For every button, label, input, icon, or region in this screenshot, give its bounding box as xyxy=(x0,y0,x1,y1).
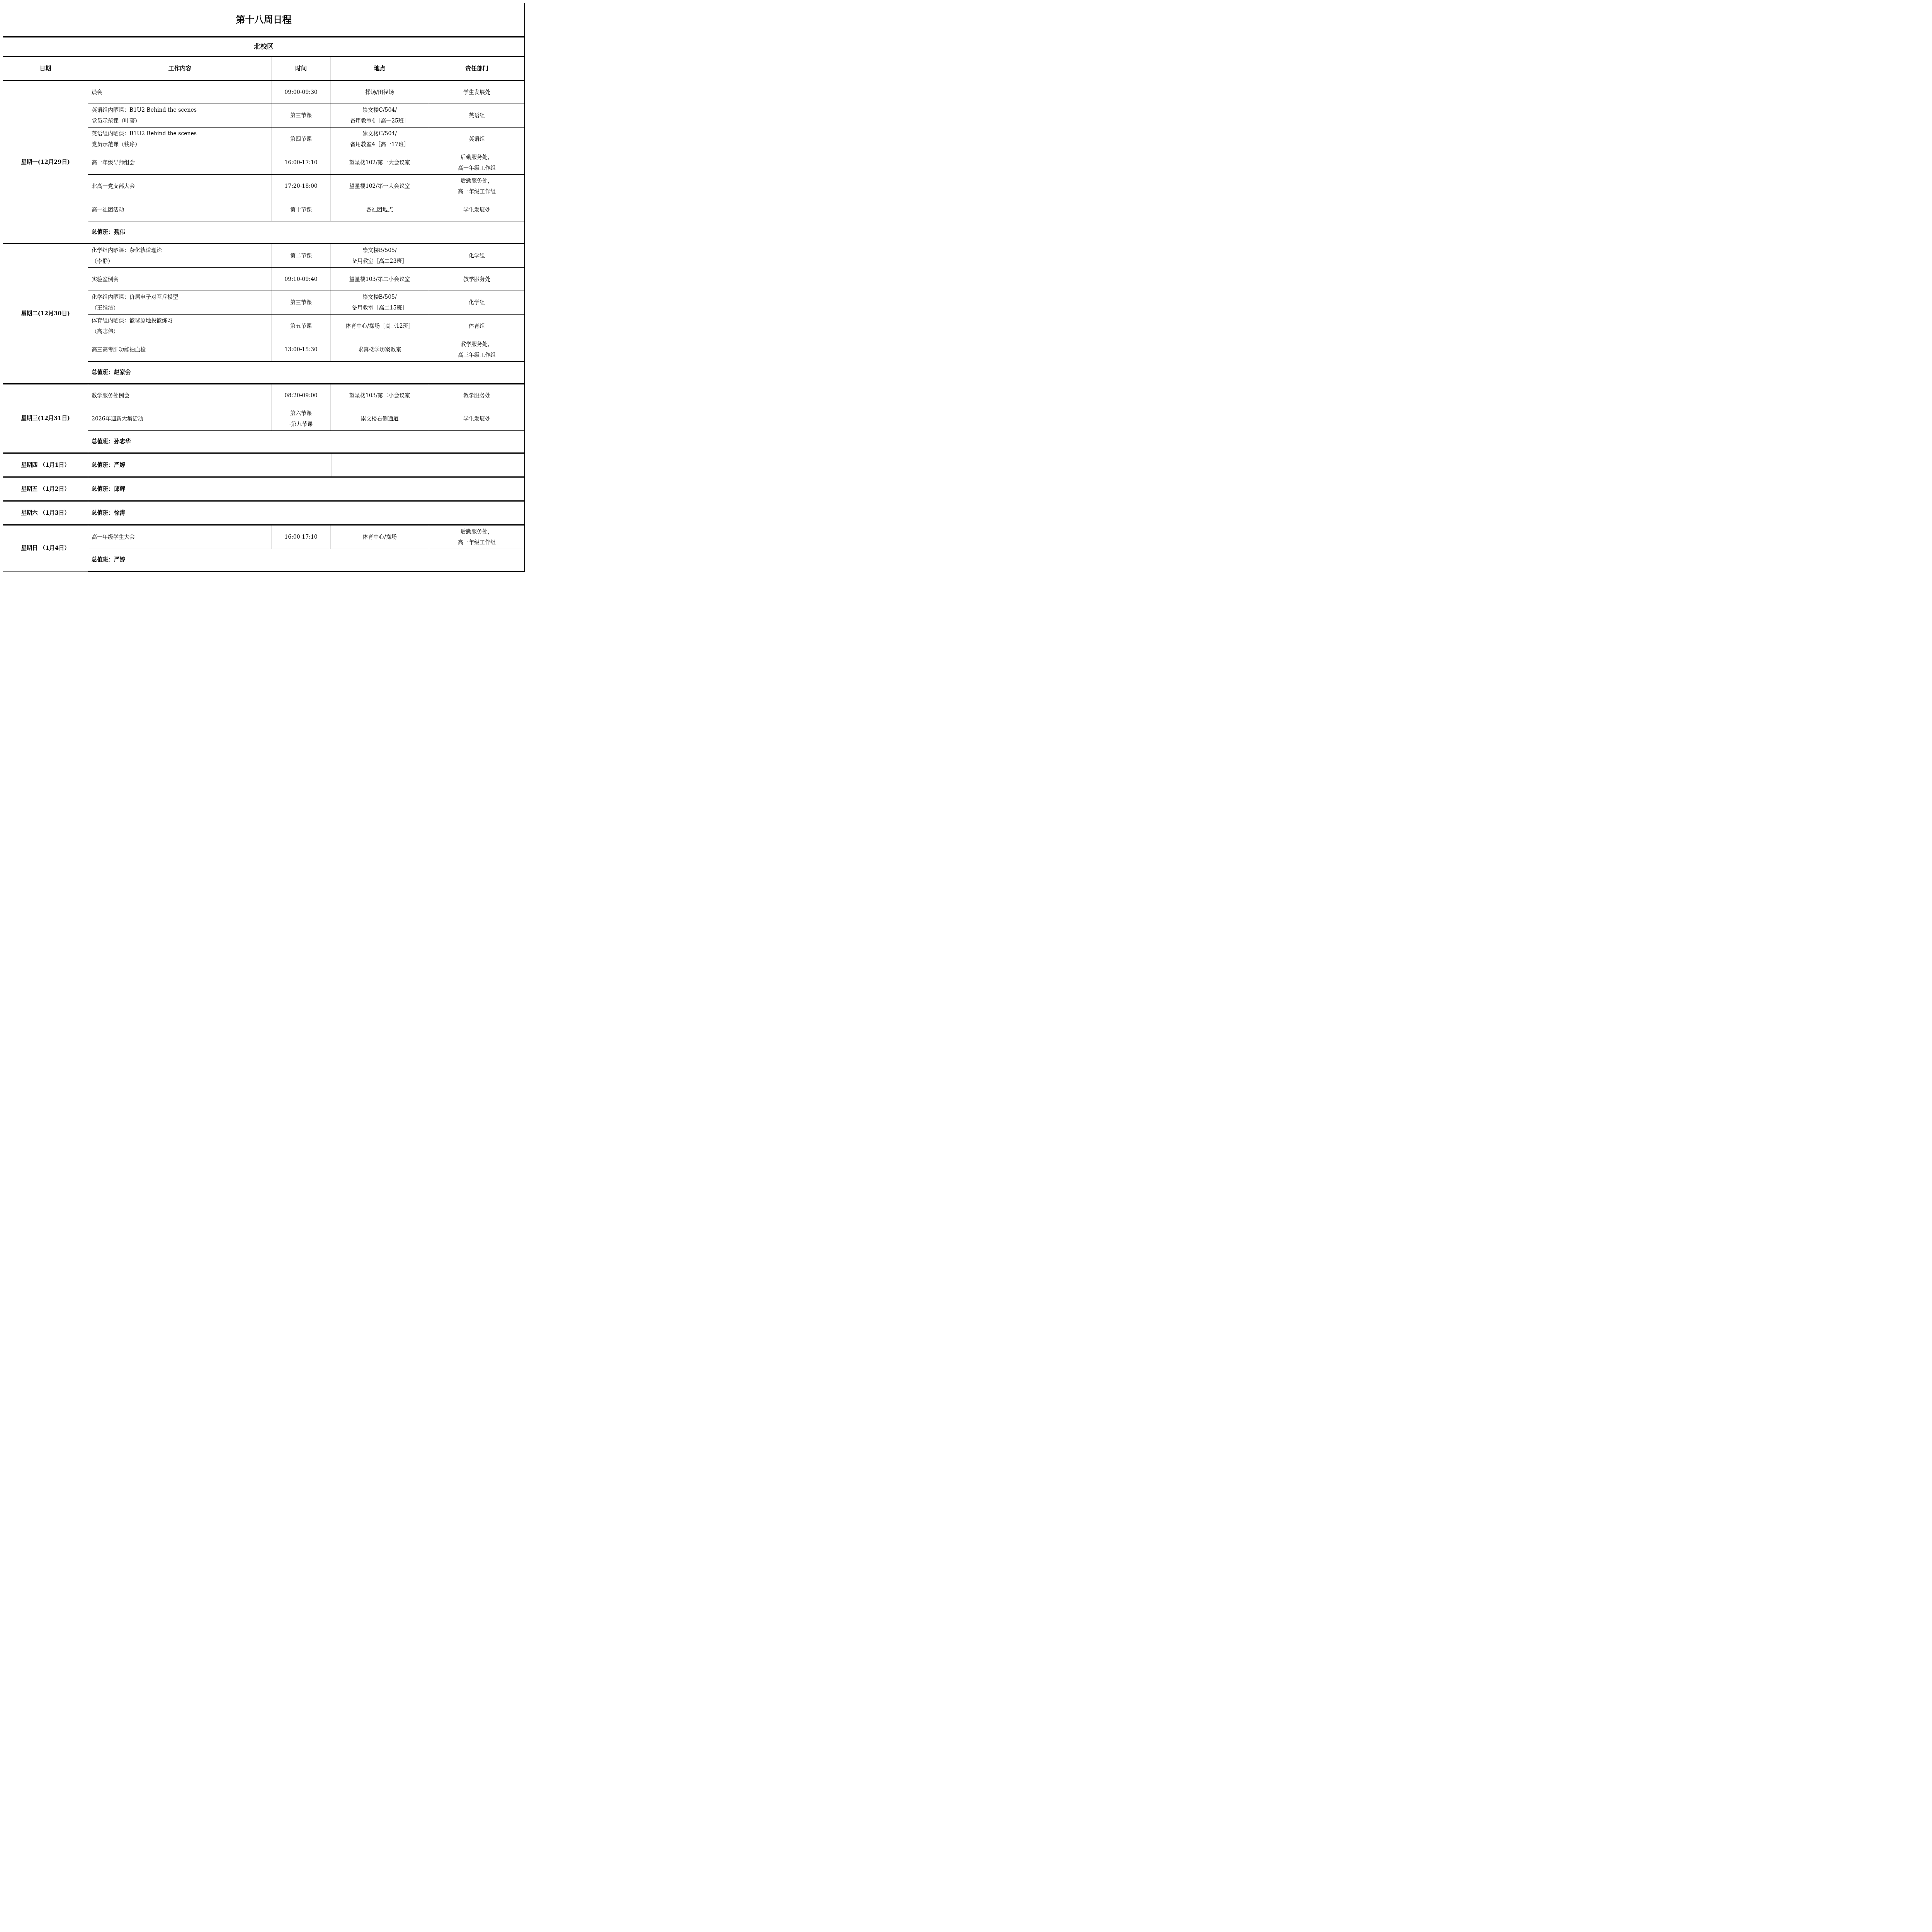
text-line: 第六节课 xyxy=(274,408,328,419)
activity-time-cell: 16:00-17:10 xyxy=(272,525,330,549)
activity-department-cell: 学生发展处 xyxy=(429,81,525,104)
text-line: 16:00-17:10 xyxy=(274,532,328,543)
day-date-cell: 星期四 （1月1日） xyxy=(3,453,88,477)
column-header-date: 日期 xyxy=(3,57,88,81)
activity-content-cell: 高一年级导师组会 xyxy=(88,151,272,175)
text-line: （高志伟） xyxy=(92,326,269,337)
duty-row: 星期五 （1月2日）总值班：邱辉 xyxy=(3,477,525,501)
column-header-content: 工作内容 xyxy=(88,57,272,81)
activity-row: 星期二(12月30日)化学组内晒课：杂化轨道理论（李静）第二节课崇文楼B/505… xyxy=(3,244,525,268)
text-line: 09:10-09:40 xyxy=(274,274,328,285)
column-header-department: 责任部门 xyxy=(429,57,525,81)
text-line: 高一年级工作组 xyxy=(432,186,522,197)
page-title: 第十八周日程 xyxy=(3,3,525,37)
text-line: 学生发展处 xyxy=(432,87,522,98)
activity-department-cell: 教学服务处 xyxy=(429,384,525,407)
text-line: 高一年级导师组会 xyxy=(92,157,269,168)
text-line: 各社团地点 xyxy=(333,204,427,215)
activity-time-cell: 第五节课 xyxy=(272,315,330,338)
duty-cell: 总值班：邱辉 xyxy=(88,477,525,501)
text-line: 望星楼102/第一大会议室 xyxy=(333,181,427,192)
text-line: 16:00-17:10 xyxy=(274,157,328,168)
column-header-time: 时间 xyxy=(272,57,330,81)
text-line: 晨会 xyxy=(92,87,269,98)
activity-location-cell: 各社团地点 xyxy=(330,198,429,221)
text-line: 后勤服务处， xyxy=(432,526,522,537)
text-line: 高三年级工作组 xyxy=(432,350,522,361)
activity-time-cell: 第三节课 xyxy=(272,104,330,128)
activity-location-cell: 求真楼学历案教室 xyxy=(330,338,429,362)
activity-location-cell: 崇文楼B/505/备用教室［高二23班］ xyxy=(330,244,429,268)
text-line: （王维洁） xyxy=(92,303,269,313)
text-line: 体育中心/操场［高三12班］ xyxy=(333,321,427,332)
text-line: 教学服务处例会 xyxy=(92,390,269,401)
activity-row: 星期三(12月31日)教学服务处例会08:20-09:00望星楼103/第二小会… xyxy=(3,384,525,407)
text-line: 党员示范课（叶菁） xyxy=(92,116,269,126)
text-line: 英语组内晒课：B1U2 Behind the scenes xyxy=(92,128,269,139)
activity-department-cell: 后勤服务处，高一年级工作组 xyxy=(429,525,525,549)
activity-location-cell: 望星楼102/第一大会议室 xyxy=(330,151,429,175)
activity-content-cell: 北高一党支部大会 xyxy=(88,175,272,198)
text-line: 高一年级工作组 xyxy=(432,163,522,173)
text-line: 高一年级工作组 xyxy=(432,537,522,548)
activity-department-cell: 化学组 xyxy=(429,244,525,268)
text-line: 高一社团活动 xyxy=(92,204,269,215)
text-line: 英语组 xyxy=(432,134,522,145)
text-line: 党员示范课（钱琤） xyxy=(92,139,269,150)
text-line: 后勤服务处， xyxy=(432,175,522,186)
activity-time-cell: 09:00-09:30 xyxy=(272,81,330,104)
activity-content-cell: 教学服务处例会 xyxy=(88,384,272,407)
text-line: 17:20-18:00 xyxy=(274,181,328,192)
text-line: 英语组 xyxy=(432,110,522,121)
activity-time-cell: 08:20-09:00 xyxy=(272,384,330,407)
duty-cell: 总值班：徐涛 xyxy=(88,501,525,525)
day-date-cell: 星期日 （1月4日） xyxy=(3,525,88,571)
activity-content-cell: 2026年迎新大集活动 xyxy=(88,407,272,431)
activity-time-cell: 16:00-17:10 xyxy=(272,151,330,175)
text-line: 崇文楼B/505/ xyxy=(333,245,427,256)
text-line: 08:20-09:00 xyxy=(274,390,328,401)
activity-location-cell: 崇文楼B/505/备用教室［高二15班］ xyxy=(330,291,429,315)
text-line: 备用教室4［高一17班］ xyxy=(333,139,427,150)
duty-row: 星期四 （1月1日）总值班：严婷 xyxy=(3,453,525,477)
activity-content-cell: 高三高考肝功能抽血检 xyxy=(88,338,272,362)
text-line: 操场/田径场 xyxy=(333,87,427,98)
text-line: 高三高考肝功能抽血检 xyxy=(92,344,269,355)
text-line: 第三节课 xyxy=(274,297,328,308)
activity-row: 星期一(12月29日)晨会09:00-09:30操场/田径场学生发展处 xyxy=(3,81,525,104)
activity-content-cell: 英语组内晒课：B1U2 Behind the scenes党员示范课（叶菁） xyxy=(88,104,272,128)
activity-time-cell: 第六节课-第九节课 xyxy=(272,407,330,431)
text-line: 英语组内晒课：B1U2 Behind the scenes xyxy=(92,105,269,116)
activity-time-cell: 第二节课 xyxy=(272,244,330,268)
text-line: 教学服务处， xyxy=(432,339,522,350)
activity-time-cell: 09:10-09:40 xyxy=(272,268,330,291)
text-line: 2026年迎新大集活动 xyxy=(92,413,269,424)
activity-time-cell: 17:20-18:00 xyxy=(272,175,330,198)
campus-header: 北校区 xyxy=(3,37,525,57)
duty-cell: 总值班：魏伟 xyxy=(88,221,525,244)
text-line: 学生发展处 xyxy=(432,204,522,215)
activity-location-cell: 体育中心/操场 xyxy=(330,525,429,549)
duty-cell: 总值班：严婷 xyxy=(88,549,525,571)
activity-department-cell: 英语组 xyxy=(429,104,525,128)
text-line: 备用教室［高二15班］ xyxy=(333,303,427,313)
activity-location-cell: 崇文楼C/504/备用教室4［高一25班］ xyxy=(330,104,429,128)
activity-time-cell: 第四节课 xyxy=(272,128,330,151)
text-line: 教学服务处 xyxy=(432,274,522,285)
activity-content-cell: 体育组内晒课：篮球原地投篮练习（高志伟） xyxy=(88,315,272,338)
day-date-cell: 星期五 （1月2日） xyxy=(3,477,88,501)
title-row: 第十八周日程 xyxy=(3,3,525,37)
text-line: 体育组内晒课：篮球原地投篮练习 xyxy=(92,315,269,326)
duty-cell: 总值班：孙志华 xyxy=(88,431,525,453)
text-line: 崇文楼B/505/ xyxy=(333,292,427,303)
activity-location-cell: 崇文楼C/504/备用教室4［高一17班］ xyxy=(330,128,429,151)
text-line: 学生发展处 xyxy=(432,413,522,424)
activity-department-cell: 学生发展处 xyxy=(429,407,525,431)
text-line: 高一年级学生大会 xyxy=(92,532,269,543)
text-line: 备用教室［高二23班］ xyxy=(333,256,427,267)
activity-location-cell: 望星楼103/第二小会议室 xyxy=(330,268,429,291)
text-line: 第二节课 xyxy=(274,250,328,261)
text-line: 望星楼103/第二小会议室 xyxy=(333,390,427,401)
text-line: 第十节课 xyxy=(274,204,328,215)
schedule-table: 第十八周日程 北校区 日期 工作内容 时间 地点 责任部门 星期一(12月29日… xyxy=(3,3,525,572)
text-line: 化学组内晒课：杂化轨道理论 xyxy=(92,245,269,256)
activity-time-cell: 第三节课 xyxy=(272,291,330,315)
text-line: 崇文楼C/504/ xyxy=(333,105,427,116)
activity-department-cell: 后勤服务处，高一年级工作组 xyxy=(429,151,525,175)
text-line: 化学组 xyxy=(432,250,522,261)
activity-content-cell: 高一年级学生大会 xyxy=(88,525,272,549)
duty-row: 星期六 （1月3日）总值班：徐涛 xyxy=(3,501,525,525)
activity-content-cell: 化学组内晒课：价层电子对互斥模型（王维洁） xyxy=(88,291,272,315)
day-date-cell: 星期三(12月31日) xyxy=(3,384,88,453)
text-line: 第五节课 xyxy=(274,321,328,332)
text-line: 实验室例会 xyxy=(92,274,269,285)
day-date-cell: 星期六 （1月3日） xyxy=(3,501,88,525)
text-line: 后勤服务处， xyxy=(432,152,522,163)
activity-department-cell: 教学服务处，高三年级工作组 xyxy=(429,338,525,362)
text-line: 求真楼学历案教室 xyxy=(333,344,427,355)
column-header-location: 地点 xyxy=(330,57,429,81)
text-line: 体育组 xyxy=(432,321,522,332)
text-line: 望星楼102/第一大会议室 xyxy=(333,157,427,168)
text-line: 09:00-09:30 xyxy=(274,87,328,98)
activity-time-cell: 13:00-15:30 xyxy=(272,338,330,362)
text-line: 第三节课 xyxy=(274,110,328,121)
activity-department-cell: 英语组 xyxy=(429,128,525,151)
duty-cell: 总值班：赵家会 xyxy=(88,362,525,384)
schedule-sheet: 第十八周日程 北校区 日期 工作内容 时间 地点 责任部门 星期一(12月29日… xyxy=(3,3,524,572)
activity-location-cell: 望星楼103/第二小会议室 xyxy=(330,384,429,407)
activity-content-cell: 化学组内晒课：杂化轨道理论（李静） xyxy=(88,244,272,268)
text-line: 体育中心/操场 xyxy=(333,532,427,543)
campus-row: 北校区 xyxy=(3,37,525,57)
text-line: 第四节课 xyxy=(274,134,328,145)
activity-content-cell: 高一社团活动 xyxy=(88,198,272,221)
day-date-cell: 星期二(12月30日) xyxy=(3,244,88,384)
text-line: 望星楼103/第二小会议室 xyxy=(333,274,427,285)
duty-cell: 总值班：严婷 xyxy=(88,453,525,477)
activity-department-cell: 学生发展处 xyxy=(429,198,525,221)
text-line: 13:00-15:30 xyxy=(274,344,328,355)
activity-department-cell: 教学服务处 xyxy=(429,268,525,291)
activity-content-cell: 实验室例会 xyxy=(88,268,272,291)
text-line: 备用教室4［高一25班］ xyxy=(333,116,427,126)
activity-row: 星期日 （1月4日）高一年级学生大会16:00-17:10体育中心/操场后勤服务… xyxy=(3,525,525,549)
text-line: 化学组 xyxy=(432,297,522,308)
activity-location-cell: 操场/田径场 xyxy=(330,81,429,104)
text-line: 化学组内晒课：价层电子对互斥模型 xyxy=(92,292,269,303)
text-line: 崇文楼右侧通道 xyxy=(333,413,427,424)
activity-location-cell: 望星楼102/第一大会议室 xyxy=(330,175,429,198)
activity-department-cell: 体育组 xyxy=(429,315,525,338)
activity-content-cell: 晨会 xyxy=(88,81,272,104)
day-date-cell: 星期一(12月29日) xyxy=(3,81,88,244)
text-line: （李静） xyxy=(92,256,269,267)
activity-location-cell: 体育中心/操场［高三12班］ xyxy=(330,315,429,338)
activity-content-cell: 英语组内晒课：B1U2 Behind the scenes党员示范课（钱琤） xyxy=(88,128,272,151)
column-header-row: 日期 工作内容 时间 地点 责任部门 xyxy=(3,57,525,81)
text-line: -第九节课 xyxy=(274,419,328,430)
activity-department-cell: 化学组 xyxy=(429,291,525,315)
text-line: 教学服务处 xyxy=(432,390,522,401)
activity-location-cell: 崇文楼右侧通道 xyxy=(330,407,429,431)
activity-department-cell: 后勤服务处，高一年级工作组 xyxy=(429,175,525,198)
text-line: 北高一党支部大会 xyxy=(92,181,269,192)
text-line: 崇文楼C/504/ xyxy=(333,128,427,139)
activity-time-cell: 第十节课 xyxy=(272,198,330,221)
